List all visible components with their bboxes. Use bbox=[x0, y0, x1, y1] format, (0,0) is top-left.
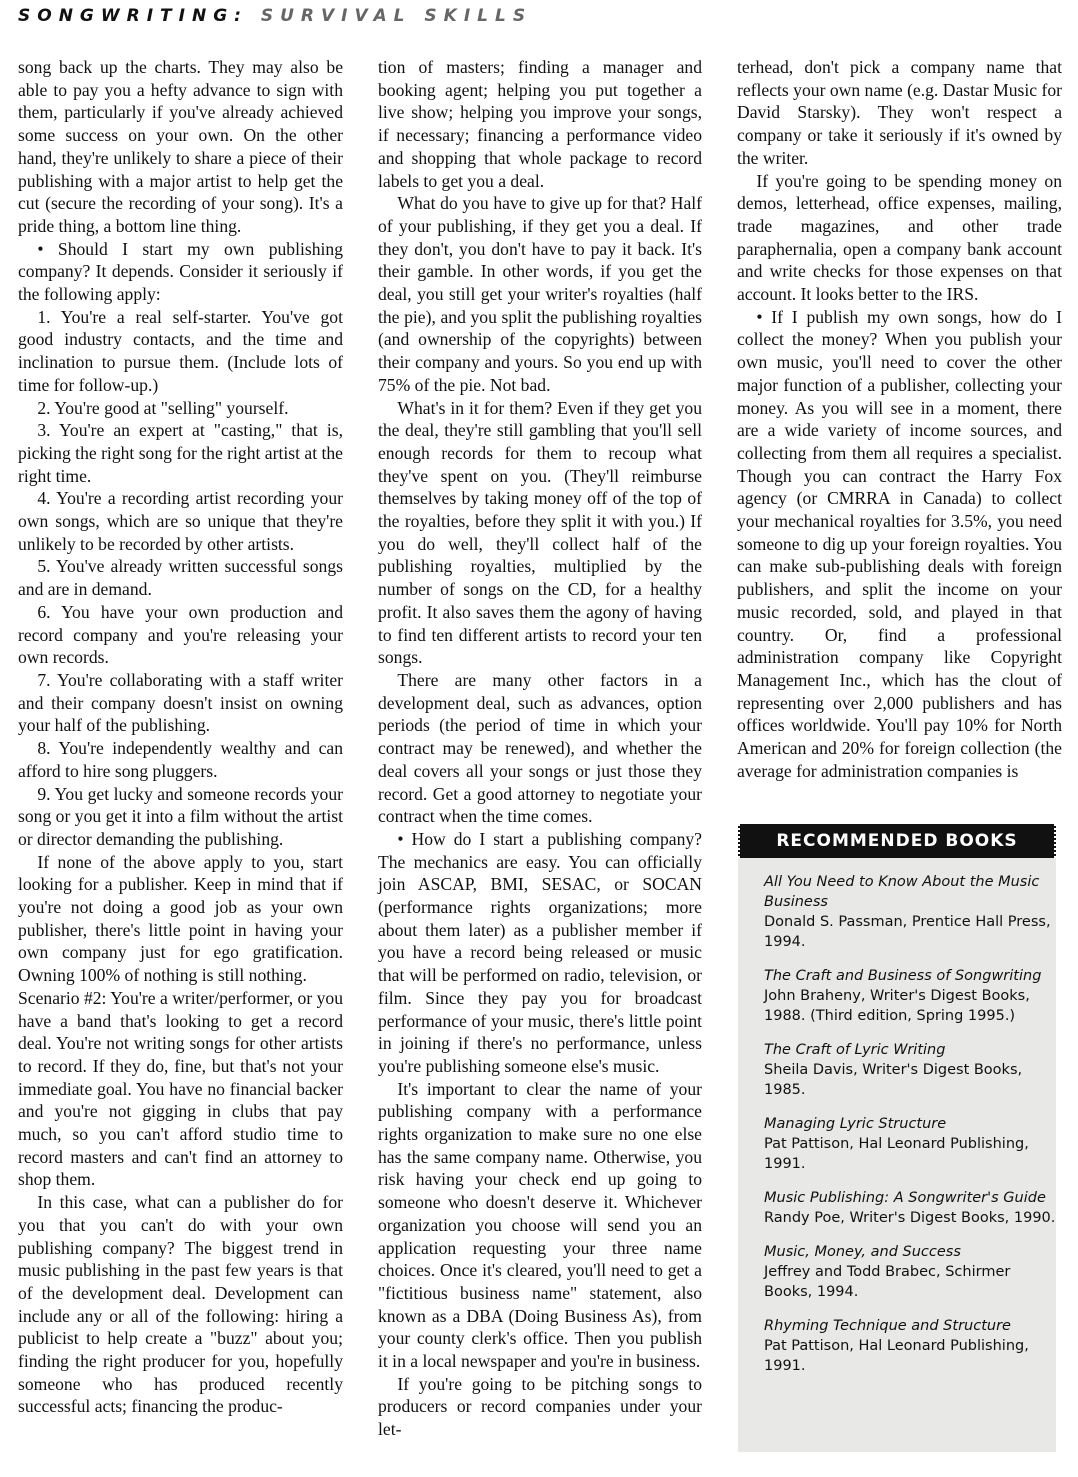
paragraph: tion of masters; finding a manager and b… bbox=[378, 56, 702, 192]
paragraph: song back up the charts. They may also b… bbox=[18, 56, 343, 238]
paragraph: What do you have to give up for that? Ha… bbox=[378, 192, 702, 396]
paragraph: 1. You're a real self-starter. You've go… bbox=[18, 306, 343, 397]
book-title: The Craft of Lyric Writing bbox=[764, 1040, 1056, 1060]
column-1: song back up the charts. They may also b… bbox=[18, 56, 343, 1418]
book-entry: Managing Lyric StructurePat Pattison, Ha… bbox=[764, 1114, 1056, 1174]
book-entry: Rhyming Technique and StructurePat Patti… bbox=[764, 1316, 1056, 1376]
paragraph: 2. You're good at "selling" yourself. bbox=[18, 397, 343, 420]
column-2: tion of masters; finding a manager and b… bbox=[378, 56, 702, 1441]
book-title: The Craft and Business of Songwriting bbox=[764, 966, 1056, 986]
paragraph: If you're going to be pitching songs to … bbox=[378, 1373, 702, 1441]
paragraph: • Should I start my own publishing compa… bbox=[18, 238, 343, 306]
header-part2: SURVIVAL SKILLS bbox=[261, 6, 532, 26]
sidebar-title: RECOMMENDED BOOKS bbox=[738, 824, 1056, 858]
book-info: Randy Poe, Writer's Digest Books, 1990. bbox=[764, 1208, 1056, 1228]
book-entry: The Craft of Lyric WritingSheila Davis, … bbox=[764, 1040, 1056, 1100]
paragraph: 5. You've already written successful son… bbox=[18, 555, 343, 600]
paragraph: • If I publish my own songs, how do I co… bbox=[737, 306, 1062, 783]
book-entry: The Craft and Business of SongwritingJoh… bbox=[764, 966, 1056, 1026]
book-entry: Music Publishing: A Songwriter's GuideRa… bbox=[764, 1188, 1056, 1228]
paragraph: There are many other factors in a develo… bbox=[378, 669, 702, 828]
book-title: Music, Money, and Success bbox=[764, 1242, 1056, 1262]
paragraph: • How do I start a publishing company? T… bbox=[378, 828, 702, 1078]
book-info: Donald S. Passman, Prentice Hall Press, … bbox=[764, 912, 1056, 952]
book-title: Music Publishing: A Songwriter's Guide bbox=[764, 1188, 1056, 1208]
paragraph: In this case, what can a publisher do fo… bbox=[18, 1191, 343, 1418]
paragraph: Scenario #2: You're a writer/performer, … bbox=[18, 987, 343, 1191]
book-info: John Braheny, Writer's Digest Books, 198… bbox=[764, 986, 1056, 1026]
recommended-books-sidebar: RECOMMENDED BOOKS All You Need to Know A… bbox=[738, 824, 1056, 1452]
column-3: terhead, don't pick a company name that … bbox=[737, 56, 1062, 783]
paragraph: What's in it for them? Even if they get … bbox=[378, 397, 702, 669]
book-title: Managing Lyric Structure bbox=[764, 1114, 1056, 1134]
book-title: Rhyming Technique and Structure bbox=[764, 1316, 1056, 1336]
book-entry: Music, Money, and SuccessJeffrey and Tod… bbox=[764, 1242, 1056, 1302]
paragraph: terhead, don't pick a company name that … bbox=[737, 56, 1062, 170]
paragraph: 7. You're collaborating with a staff wri… bbox=[18, 669, 343, 737]
book-info: Sheila Davis, Writer's Digest Books, 198… bbox=[764, 1060, 1056, 1100]
paragraph: 9. You get lucky and someone records you… bbox=[18, 783, 343, 851]
header-part1: SONGWRITING: bbox=[18, 6, 248, 26]
book-title: All You Need to Know About the Music Bus… bbox=[764, 872, 1056, 912]
book-info: Pat Pattison, Hal Leonard Publishing, 19… bbox=[764, 1134, 1056, 1174]
paragraph: 4. You're a recording artist recording y… bbox=[18, 487, 343, 555]
paragraph: 3. You're an expert at "casting," that i… bbox=[18, 419, 343, 487]
paragraph: If you're going to be spending money on … bbox=[737, 170, 1062, 306]
paragraph: 6. You have your own production and reco… bbox=[18, 601, 343, 669]
book-info: Pat Pattison, Hal Leonard Publishing, 19… bbox=[764, 1336, 1056, 1376]
paragraph: If none of the above apply to you, start… bbox=[18, 851, 343, 987]
paragraph: 8. You're independently wealthy and can … bbox=[18, 737, 343, 782]
book-entry: All You Need to Know About the Music Bus… bbox=[764, 872, 1056, 952]
paragraph: It's important to clear the name of your… bbox=[378, 1078, 702, 1373]
book-info: Jeffrey and Todd Brabec, Schirmer Books,… bbox=[764, 1262, 1056, 1302]
running-header: SONGWRITING: SURVIVAL SKILLS bbox=[18, 6, 532, 26]
